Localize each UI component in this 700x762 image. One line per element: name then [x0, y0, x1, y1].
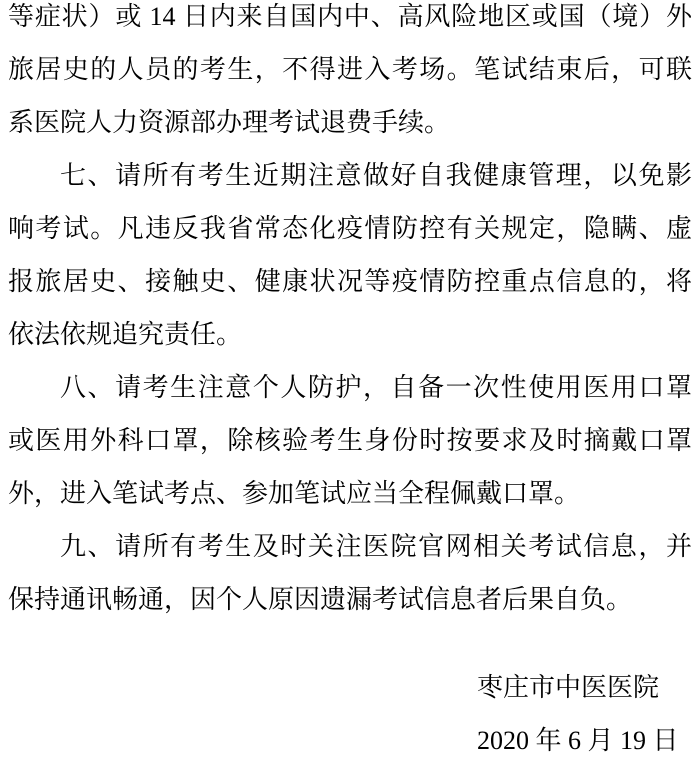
text-line: 系医院人力资源部办理考试退费手续。 — [8, 96, 692, 149]
text-line: 外，进入笔试考点、参加笔试应当全程佩戴口罩。 — [8, 467, 692, 520]
signature-organization: 枣庄市中医医院 — [477, 661, 700, 714]
text-line: 或医用外科口罩，除核验考生身份时按要求及时摘戴口罩 — [8, 414, 692, 467]
text-line: 旅居史的人员的考生，不得进入考场。笔试结束后，可联 — [8, 43, 692, 96]
text-line: 等症状）或 14 日内来自国内中、高风险地区或国（境）外 — [8, 0, 692, 43]
document-body: 等症状）或 14 日内来自国内中、高风险地区或国（境）外旅居史的人员的考生，不得… — [0, 0, 700, 626]
document-page: 等症状）或 14 日内来自国内中、高风险地区或国（境）外旅居史的人员的考生，不得… — [0, 0, 700, 762]
text-line: 响考试。凡违反我省常态化疫情防控有关规定，隐瞒、虚 — [8, 202, 692, 255]
text-line: 八、请考生注意个人防护，自备一次性使用医用口罩 — [8, 361, 692, 414]
signature-date: 2020 年 6 月 19 日 — [477, 714, 700, 762]
text-line: 报旅居史、接触史、健康状况等疫情防控重点信息的，将 — [8, 255, 692, 308]
text-line: 依法依规追究责任。 — [8, 308, 692, 361]
signature-block: 枣庄市中医医院 2020 年 6 月 19 日 — [477, 661, 700, 762]
text-line: 七、请所有考生近期注意做好自我健康管理，以免影 — [8, 149, 692, 202]
text-line: 保持通讯畅通，因个人原因遗漏考试信息者后果自负。 — [8, 573, 692, 626]
text-line: 九、请所有考生及时关注医院官网相关考试信息，并 — [8, 520, 692, 573]
